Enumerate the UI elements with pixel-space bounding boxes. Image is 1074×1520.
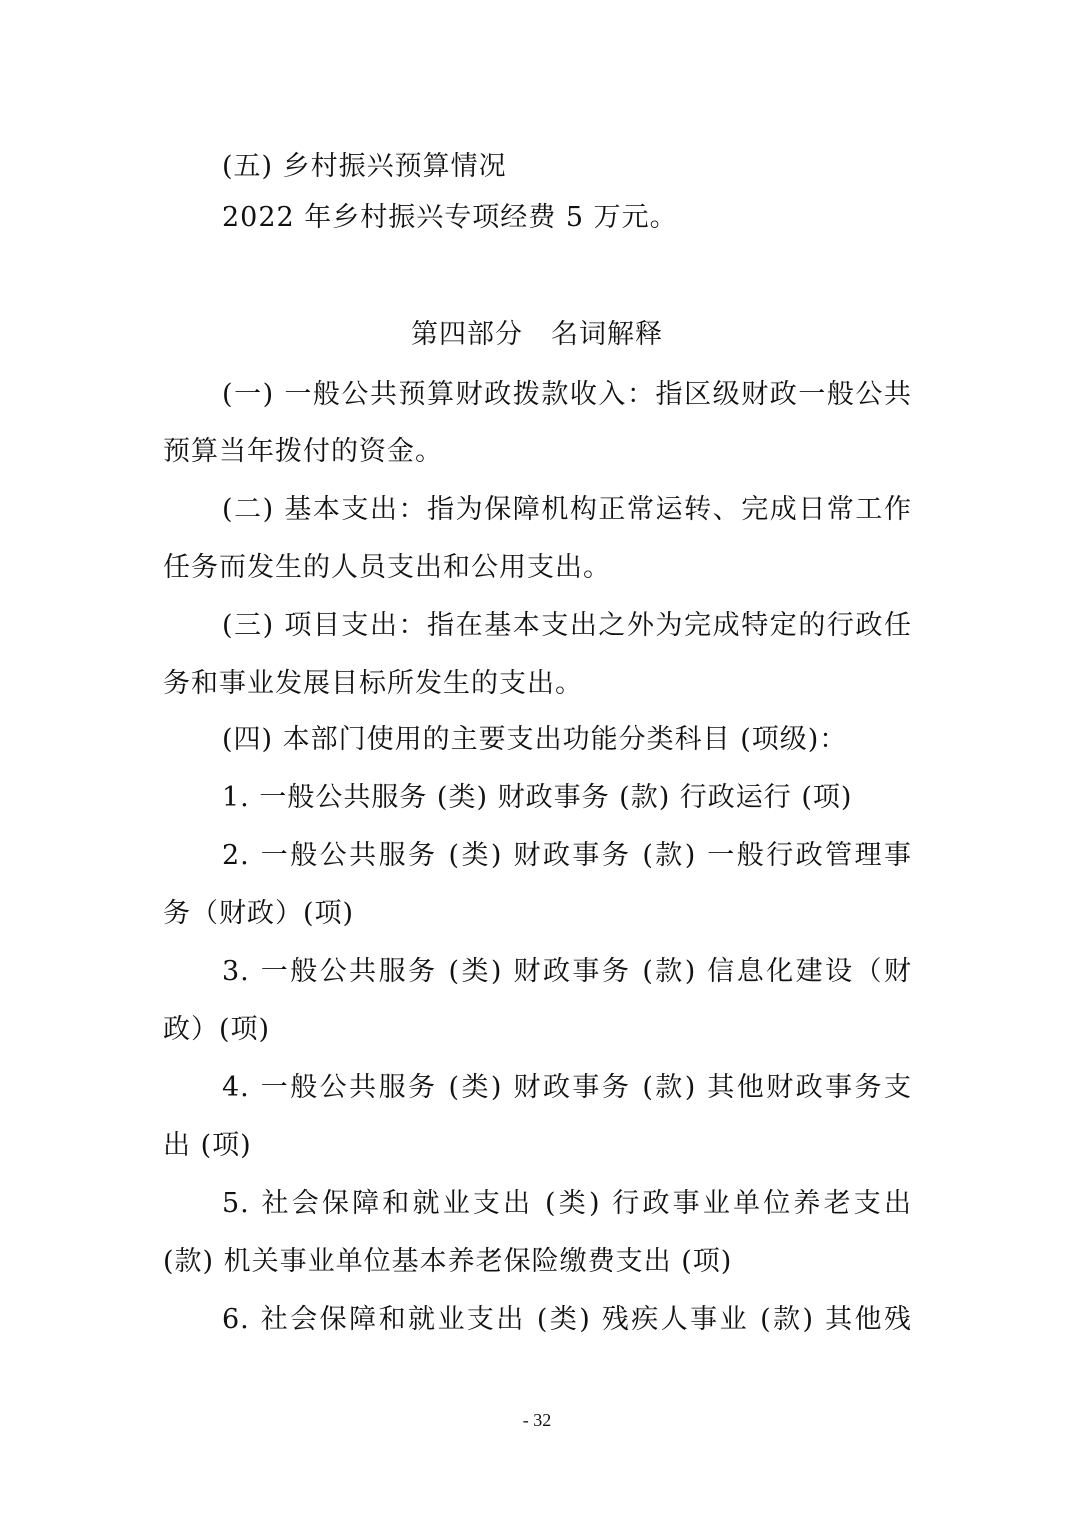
item-5-line-2: (款) 机关事业单位基本养老保险缴费支出 (项) bbox=[163, 1244, 732, 1280]
paragraph-2-line-1: (二) 基本支出：指为保障机构正常运转、完成日常工作 bbox=[222, 492, 912, 528]
item-1-line-1: 1. 一般公共服务 (类) 财政事务 (款) 行政运行 (项) bbox=[222, 780, 852, 816]
item-3-line-2: 政）(项) bbox=[163, 1012, 270, 1048]
part-four-title: 第四部分 名词解释 bbox=[0, 317, 1074, 353]
paragraph-1-line-1: (一) 一般公共预算财政拨款收入：指区级财政一般公共 bbox=[222, 377, 912, 413]
item-2-line-1: 2. 一般公共服务 (类) 财政事务 (款) 一般行政管理事 bbox=[222, 838, 912, 874]
item-3-line-1: 3. 一般公共服务 (类) 财政事务 (款) 信息化建设（财 bbox=[222, 954, 912, 990]
paragraph-2-line-2: 任务而发生的人员支出和公用支出。 bbox=[163, 550, 611, 586]
section-heading-rural-revitalization: (五) 乡村振兴预算情况 bbox=[222, 149, 507, 185]
paragraph-3-line-1: (三) 项目支出：指在基本支出之外为完成特定的行政任 bbox=[222, 608, 912, 644]
item-5-line-1: 5. 社会保障和就业支出 (类) 行政事业单位养老支出 bbox=[222, 1186, 912, 1222]
paragraph-4-line-1: (四) 本部门使用的主要支出功能分类科目 (项级)： bbox=[222, 722, 847, 758]
rural-revitalization-budget-text: 2022 年乡村振兴专项经费 5 万元。 bbox=[222, 200, 678, 236]
item-6-line-1: 6. 社会保障和就业支出 (类) 残疾人事业 (款) 其他残 bbox=[222, 1302, 912, 1338]
paragraph-1-line-2: 预算当年拨付的资金。 bbox=[163, 434, 443, 470]
item-4-line-1: 4. 一般公共服务 (类) 财政事务 (款) 其他财政事务支 bbox=[222, 1070, 912, 1106]
item-4-line-2: 出 (项) bbox=[163, 1128, 252, 1164]
item-2-line-2: 务（财政）(项) bbox=[163, 896, 354, 932]
page-number: - 32 bbox=[0, 1410, 1074, 1431]
paragraph-3-line-2: 务和事业发展目标所发生的支出。 bbox=[163, 666, 583, 702]
